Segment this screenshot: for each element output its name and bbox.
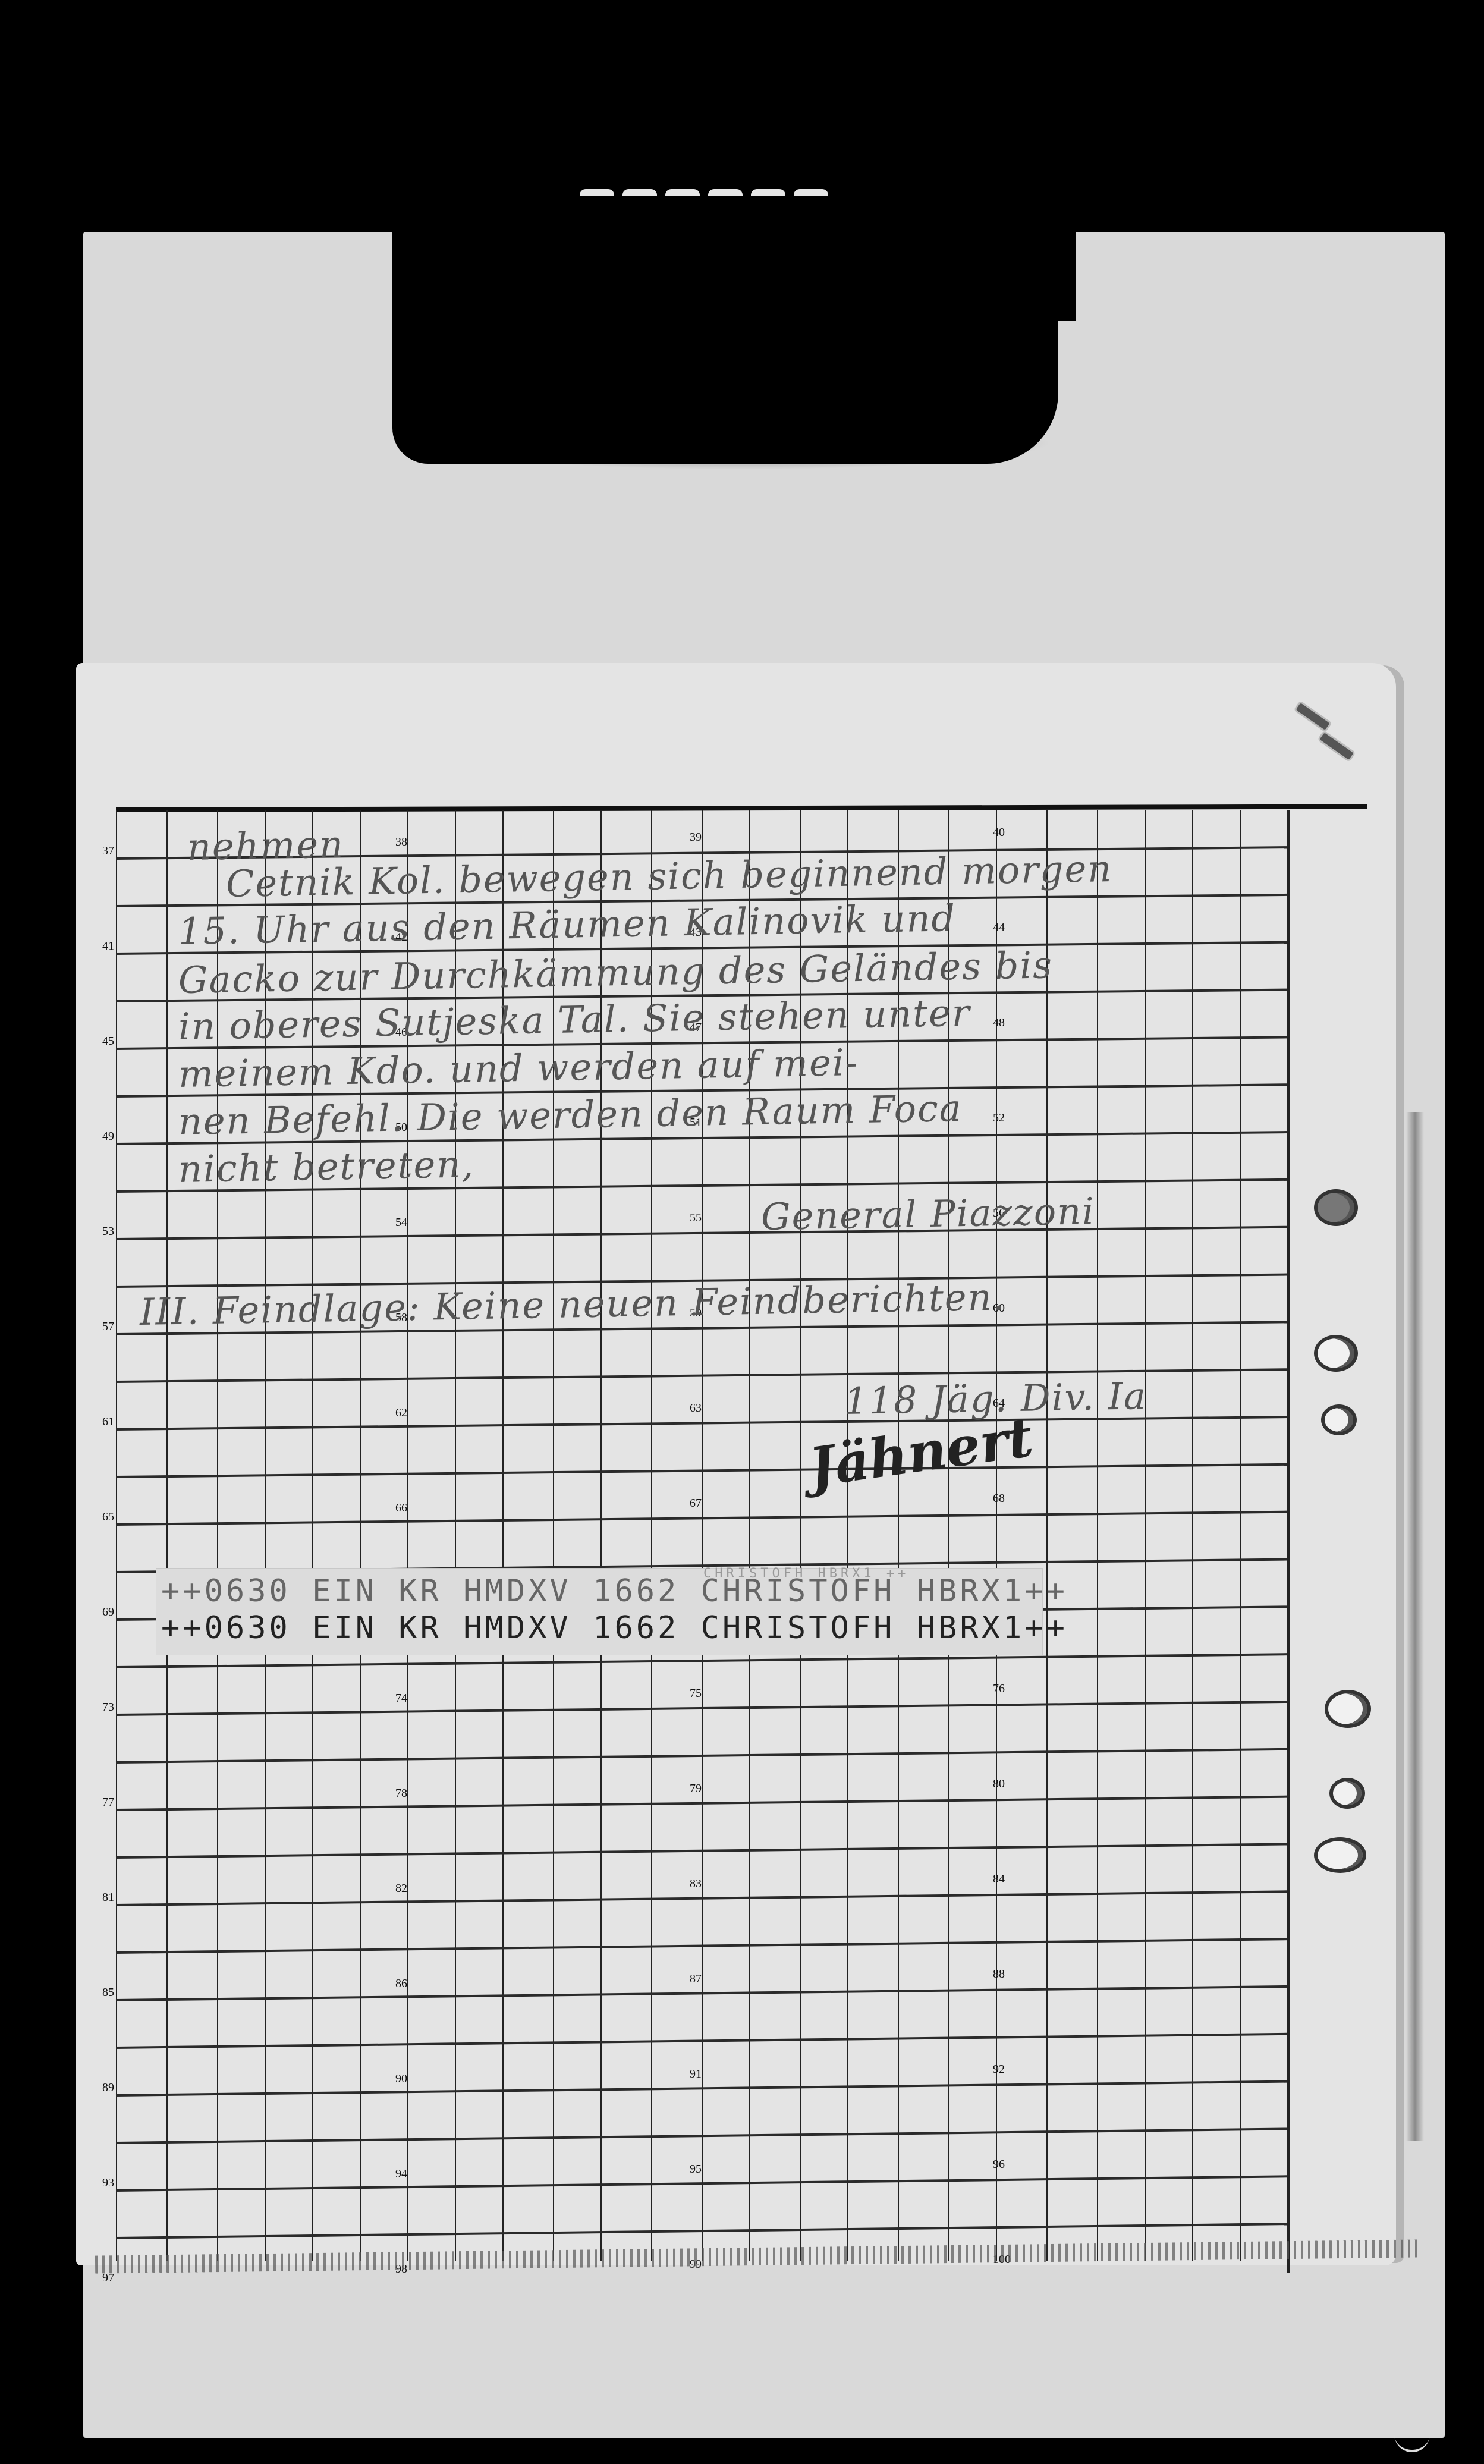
cell-number: 92 (993, 2063, 1005, 2076)
cell-number: 44 (993, 921, 1005, 935)
row-label: 41 (102, 939, 114, 953)
paper-crease (1406, 1112, 1424, 2141)
row-label: 89 (102, 2081, 114, 2095)
row-label: 73 (102, 1701, 114, 1714)
cell-number: 90 (395, 2072, 407, 2086)
cell-number: 78 (395, 1787, 407, 1800)
row-label: 57 (102, 1320, 114, 1334)
grid-column-line (116, 810, 117, 2261)
handwritten-line: nicht betreten, (178, 1142, 474, 1191)
document-clip (392, 196, 1058, 464)
row-label: 53 (102, 1225, 114, 1239)
cell-number: 87 (690, 1972, 702, 1986)
cell-number: 83 (690, 1877, 702, 1891)
row-label: 69 (102, 1605, 114, 1619)
grid-column-line (1240, 810, 1241, 2261)
cell-number: 75 (690, 1687, 702, 1701)
punch-hole (1314, 1189, 1358, 1226)
punch-hole (1325, 1690, 1371, 1728)
grid-column-line (1046, 810, 1048, 2261)
cell-number: 96 (993, 2158, 1005, 2171)
cell-number: 48 (993, 1016, 1005, 1030)
row-label: 45 (102, 1035, 114, 1048)
film-scratch (1394, 2432, 1430, 2452)
handwritten-signature-line: General Piazzoni (760, 1189, 1095, 1239)
cell-number: 63 (690, 1401, 702, 1415)
cell-number: 55 (690, 1211, 702, 1225)
cell-number: 40 (993, 826, 1005, 840)
row-label: 37 (102, 844, 114, 858)
cell-number: 66 (395, 1501, 407, 1515)
cell-number: 95 (690, 2163, 702, 2176)
cell-number: 54 (395, 1216, 407, 1230)
row-label: 49 (102, 1130, 114, 1143)
cell-number: 52 (993, 1111, 1005, 1125)
punch-hole (1329, 1778, 1365, 1809)
grid-column-line (166, 810, 168, 2261)
cell-number: 39 (690, 831, 702, 844)
cell-number: 94 (395, 2167, 407, 2181)
grid-column-line (1145, 810, 1146, 2261)
row-label: 81 (102, 1891, 114, 1904)
grid-column-line (1287, 810, 1290, 2273)
punch-hole (1321, 1404, 1357, 1435)
teletype-line-2: ++0630 EIN KR HMDXV 1662 CHRISTOFH HBRX1… (161, 1610, 1068, 1646)
cell-number: 67 (690, 1497, 702, 1510)
cell-number: 79 (690, 1782, 702, 1796)
punch-hole (1314, 1837, 1366, 1873)
row-label: 65 (102, 1510, 114, 1524)
row-label: 77 (102, 1796, 114, 1809)
cell-number: 86 (395, 1977, 407, 1991)
cell-number: 68 (993, 1492, 1005, 1506)
punch-hole (1314, 1335, 1358, 1372)
teletype-strip: CHRISTOFH HBRX1 ++ ++0630 EIN KR HMDXV 1… (156, 1568, 1043, 1655)
cell-number: 76 (993, 1682, 1005, 1696)
grid-column-line (1192, 810, 1193, 2261)
cell-number: 62 (395, 1406, 407, 1420)
row-label: 85 (102, 1986, 114, 2000)
teletype-line-1: ++0630 EIN KR HMDXV 1662 CHRISTOFH HBRX1… (161, 1573, 1068, 1609)
row-label: 61 (102, 1415, 114, 1429)
grid-column-line (1097, 810, 1098, 2261)
row-label: 93 (102, 2176, 114, 2190)
cell-number: 88 (993, 1968, 1005, 1981)
cell-number: 91 (690, 2067, 702, 2081)
cell-number: 74 (395, 1692, 407, 1705)
cell-number: 82 (395, 1882, 407, 1896)
cell-number: 38 (395, 835, 407, 849)
cell-number: 80 (993, 1777, 1005, 1791)
cell-number: 84 (993, 1872, 1005, 1886)
